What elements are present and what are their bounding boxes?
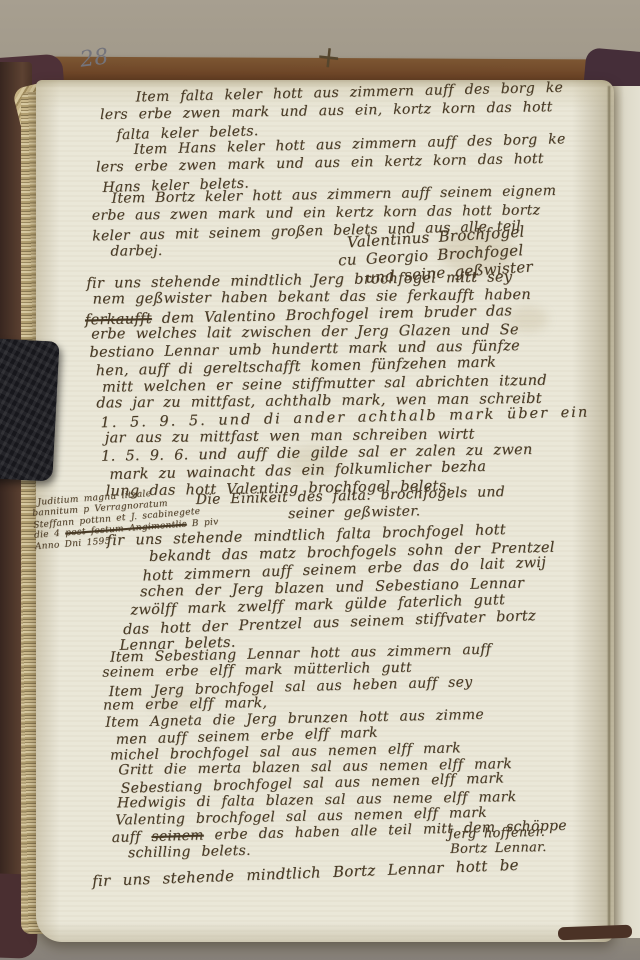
signature-block-witnesses: Jerg hoffener.Bortz Lennar. [448,825,547,858]
manuscript-photo: 28 + Item falta keler hott aus zimmern a… [0,0,640,960]
folio-number: 28 [79,44,110,72]
prentzel-record-paragraph: fir uns stehende mindtlich falta brochfo… [102,521,557,656]
sale-record-paragraph: fir uns stehende mindtlich Jerg brochfog… [84,268,590,501]
gutter-crease [607,86,611,938]
facing-page-sliver [611,86,640,938]
text-line: Bortz Lennar. [450,840,547,857]
leather-clasp-flap [0,338,60,481]
spine-fragment-bottom [558,925,632,941]
cross-mark: + [314,39,343,76]
